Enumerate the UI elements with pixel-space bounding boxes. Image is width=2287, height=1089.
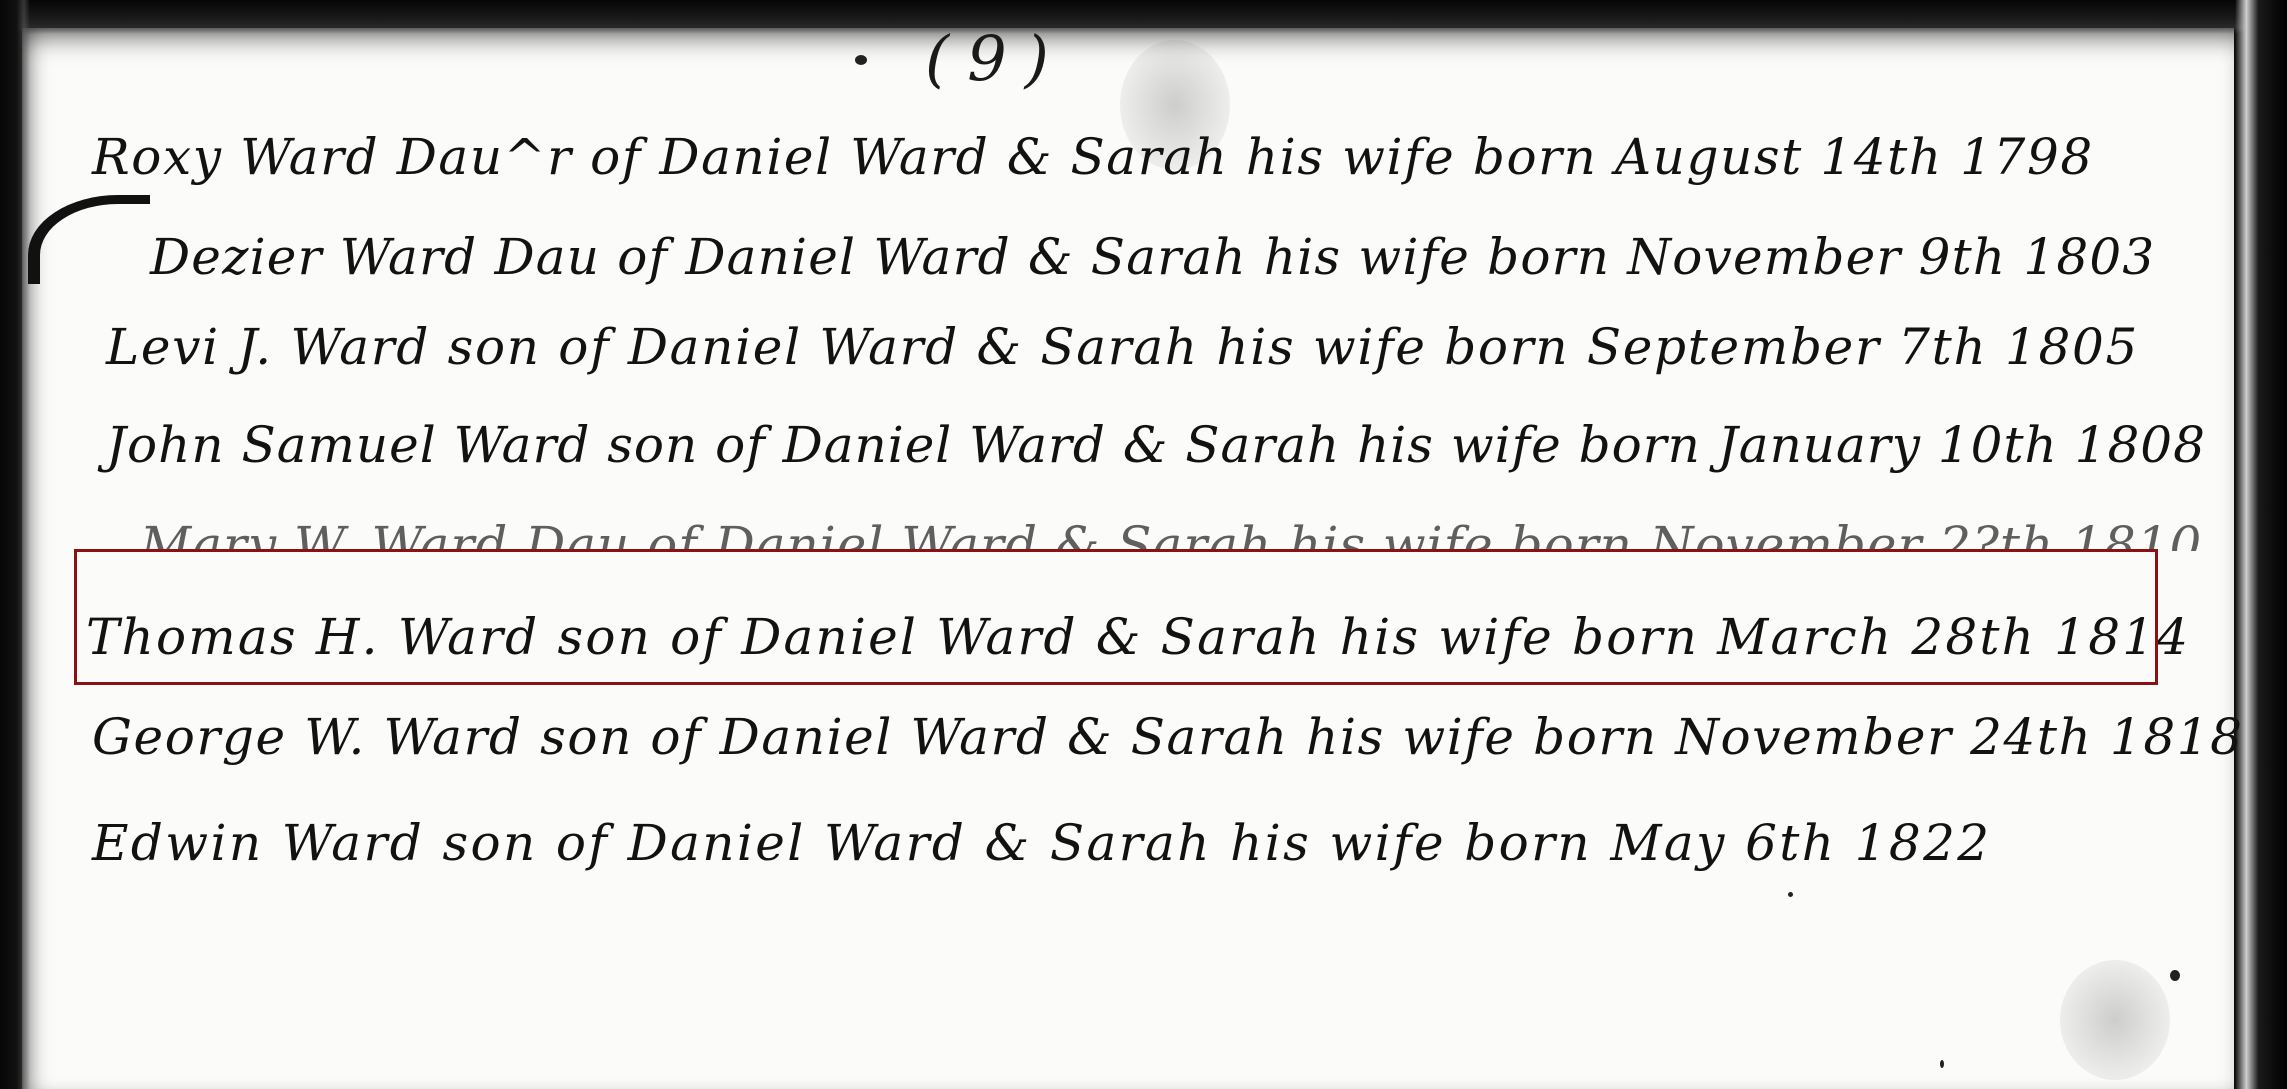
ink-speck: [1788, 892, 1793, 897]
register-page: [22, 28, 2234, 1089]
scan-border-top: [0, 0, 2287, 34]
ink-speck: [1940, 1060, 1944, 1068]
ink-speck: [855, 55, 867, 65]
register-entry: Dezier Ward Dau of Daniel Ward & Sarah h…: [150, 232, 2155, 282]
register-entry: George W. Ward son of Daniel Ward & Sara…: [92, 712, 2244, 762]
register-entry: John Samuel Ward son of Daniel Ward & Sa…: [106, 420, 2206, 470]
paper-stain: [2060, 960, 2170, 1080]
scan-border-right: [2235, 0, 2287, 1089]
register-entry: Edwin Ward son of Daniel Ward & Sarah hi…: [92, 818, 1992, 868]
scan-border-left: [0, 0, 30, 1089]
ink-speck: [2170, 970, 2180, 981]
register-entry: Roxy Ward Dau^r of Daniel Ward & Sarah h…: [92, 132, 2094, 182]
register-entry: Levi J. Ward son of Daniel Ward & Sarah …: [106, 322, 2139, 372]
page-number: (9): [925, 22, 1067, 95]
register-entry-highlighted: Thomas H. Ward son of Daniel Ward & Sara…: [86, 612, 2190, 662]
